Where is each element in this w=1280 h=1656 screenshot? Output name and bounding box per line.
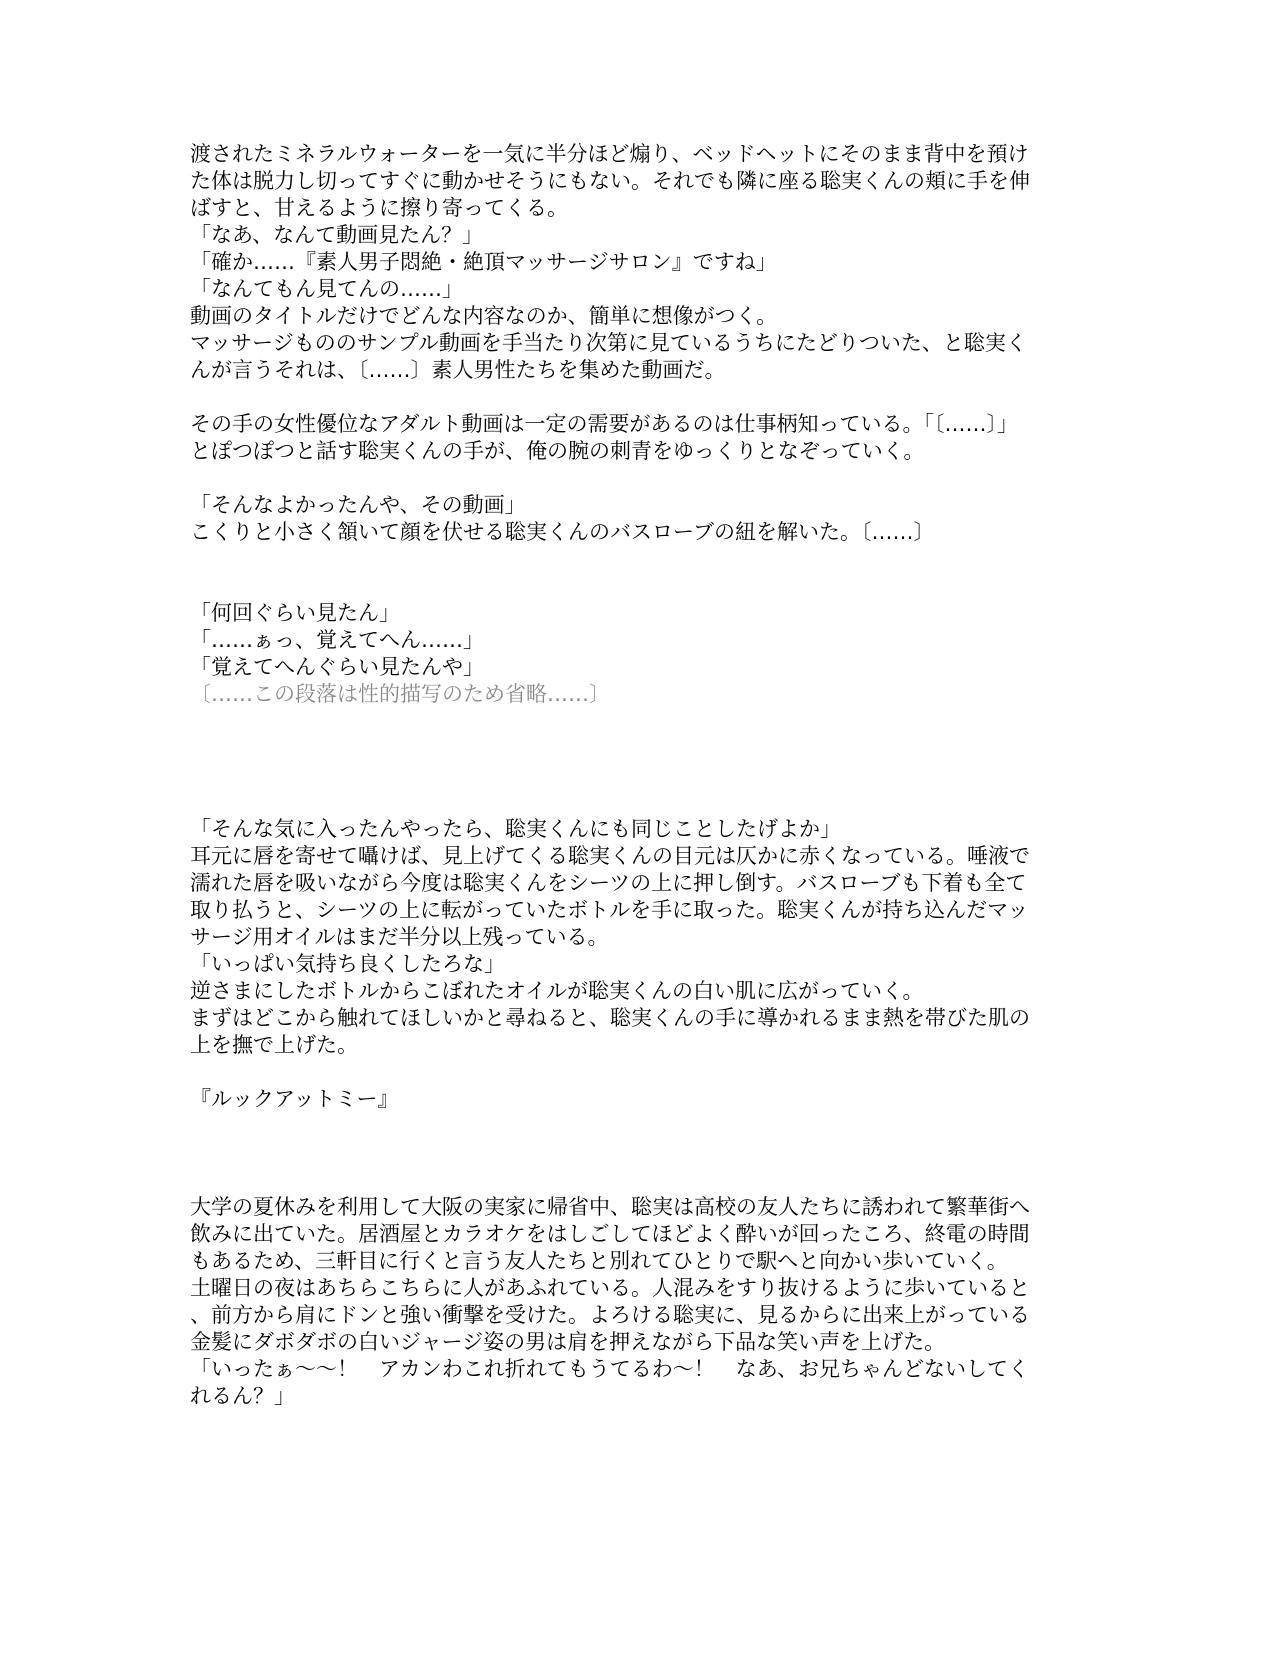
redacted-paragraph: その手の女性優位なアダルト動画は一定の需要があるのは仕事柄知っている。「〔……〕… bbox=[190, 411, 1038, 492]
document-page: 渡されたミネラルウォーターを一気に半分ほど煽り、ベッドヘットにそのまま背中を預け… bbox=[0, 0, 1280, 1656]
story-part-2: 大学の夏休みを利用して大阪の実家に帰省中、聡実は高校の友人たちに誘われて繁華街へ… bbox=[190, 1194, 1038, 1410]
paragraph: 「そんなよかったんや、その動画」 bbox=[190, 492, 1038, 519]
paragraph: まずはどこから触れてほしいかと尋ねると、聡実くんの手に導かれるまま熱を帯びた肌の… bbox=[190, 1005, 1038, 1059]
redacted-paragraph: 〔……この段落は性的描写のため省略……〕 bbox=[190, 681, 1038, 816]
paragraph: 「何回ぐらい見たん」 bbox=[190, 600, 1038, 627]
paragraph: 「なあ、なんて動画見たん？」 bbox=[190, 222, 1038, 249]
redacted-paragraph: マッサージもののサンプル動画を手当たり次第に見ているうちにたどりついた、と聡実く… bbox=[190, 330, 1038, 411]
paragraph: 「確か……『素人男子悶絶・絶頂マッサージサロン』ですね」 bbox=[190, 249, 1038, 276]
paragraph: 耳元に唇を寄せて囁けば、見上げてくる聡実くんの目元は仄かに赤くなっている。唾液で… bbox=[190, 843, 1038, 951]
paragraph: 「……ぁっ、覚えてへん……」 bbox=[190, 627, 1038, 654]
paragraph: 「いっぱい気持ち良くしたろな」 bbox=[190, 951, 1038, 978]
paragraph: 渡されたミネラルウォーターを一気に半分ほど煽り、ベッドヘットにそのまま背中を預け… bbox=[190, 141, 1038, 222]
redacted-paragraph: こくりと小さく頷いて顔を伏せる聡実くんのバスローブの紐を解いた。〔……〕 bbox=[190, 519, 1038, 600]
paragraph: 逆さまにしたボトルからこぼれたオイルが聡実くんの白い肌に広がっていく。 bbox=[190, 978, 1038, 1005]
paragraph: 大学の夏休みを利用して大阪の実家に帰省中、聡実は高校の友人たちに誘われて繁華街へ… bbox=[190, 1194, 1038, 1275]
story-section-title: 『ルックアットミー』 bbox=[190, 1086, 1038, 1113]
paragraph: 「いったぁ～～！ アカンわこれ折れてもうてるわ～！ なあ、お兄ちゃんどないしてく… bbox=[190, 1356, 1038, 1410]
story-part-1: 渡されたミネラルウォーターを一気に半分ほど煽り、ベッドヘットにそのまま背中を預け… bbox=[190, 141, 1038, 1059]
paragraph: 土曜日の夜はあちらこちらに人があふれている。人混みをすり抜けるように歩いていると… bbox=[190, 1275, 1038, 1356]
story-text: 渡されたミネラルウォーターを一気に半分ほど煽り、ベッドヘットにそのまま背中を預け… bbox=[190, 141, 1038, 1410]
paragraph: 動画のタイトルだけでどんな内容なのか、簡単に想像がつく。 bbox=[190, 303, 1038, 330]
paragraph: 「覚えてへんぐらい見たんや」 bbox=[190, 654, 1038, 681]
paragraph: 「そんな気に入ったんやったら、聡実くんにも同じことしたげよか」 bbox=[190, 816, 1038, 843]
paragraph: 「なんてもん見てんの……」 bbox=[190, 276, 1038, 303]
